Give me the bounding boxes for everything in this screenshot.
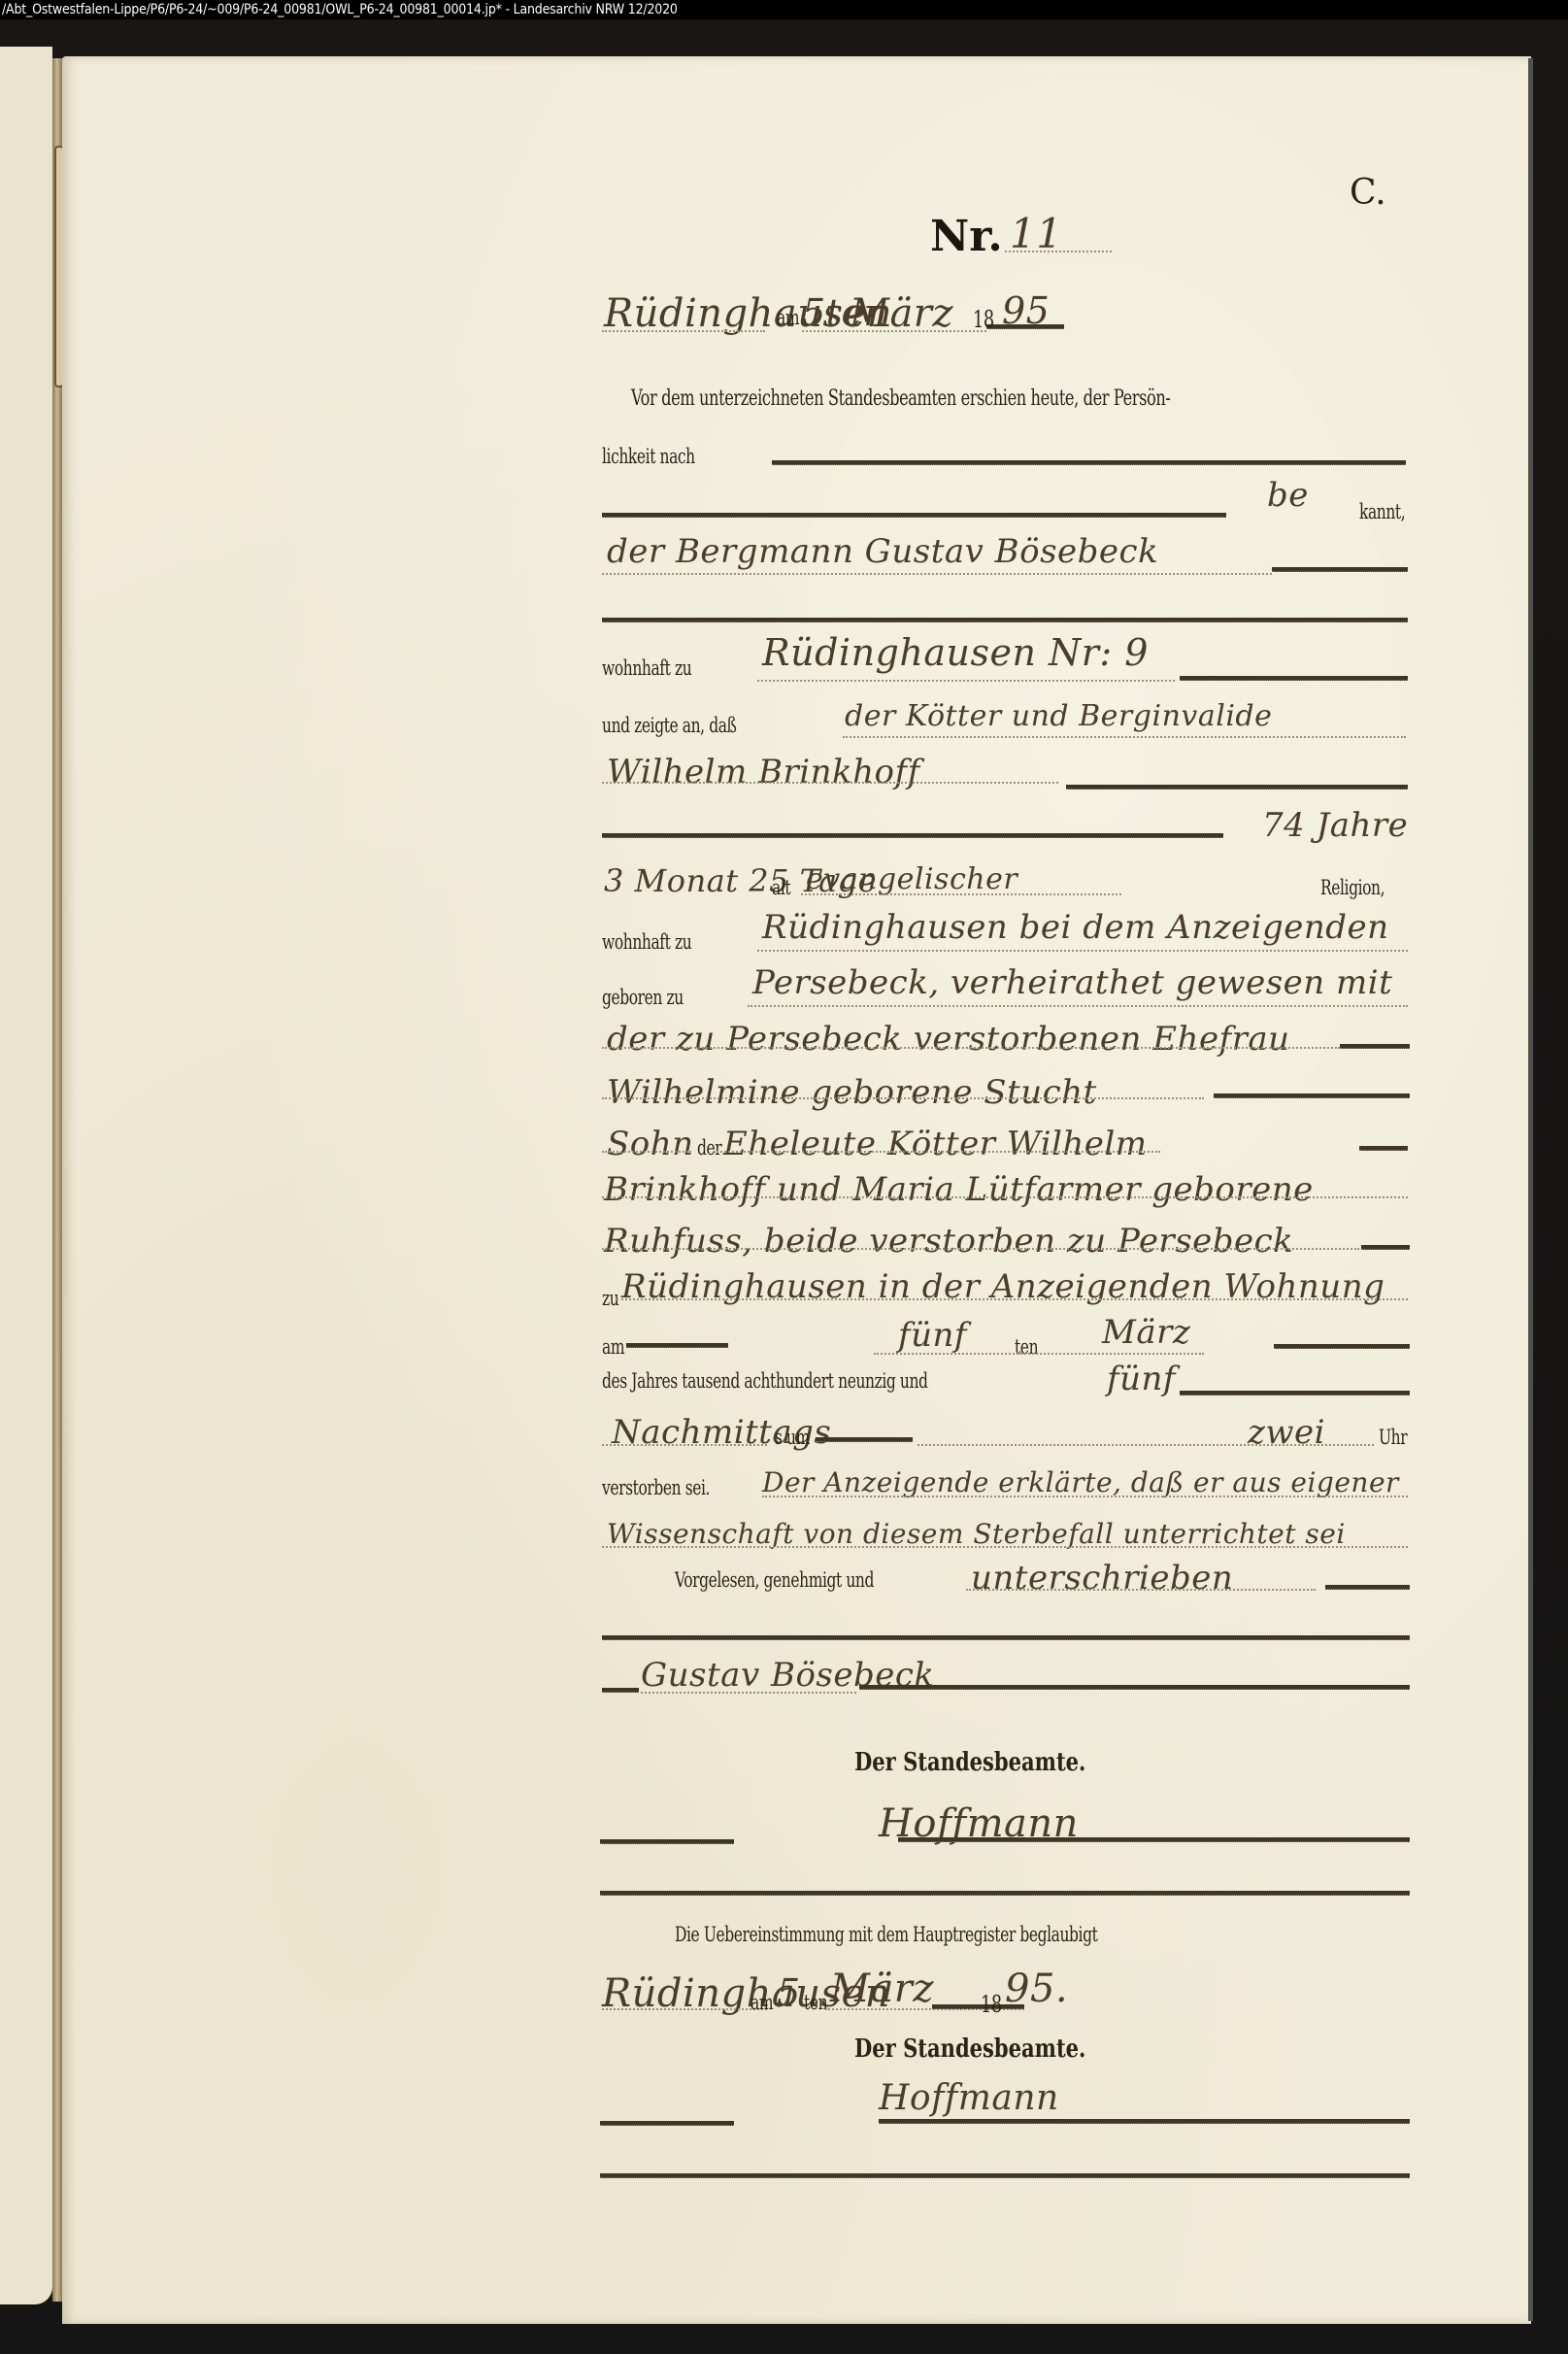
spouse-name: Wilhelmine geborene Stucht [607, 1073, 1097, 1112]
cert-year-suffix: 95. [1005, 1967, 1068, 2011]
cert-place-line [602, 2008, 767, 2010]
residence2-line [757, 950, 1408, 952]
spouse-line: der zu Persebeck verstorbenen Ehefrau [607, 1020, 1290, 1059]
registrar-heading: Der Standesbeamte. [854, 1748, 1085, 1777]
religion-value: evangelischer [806, 862, 1018, 896]
sig-line [641, 1692, 856, 1694]
time-um-label: s um [775, 1426, 810, 1449]
son-line [602, 1151, 691, 1153]
date-day: fünf [898, 1316, 967, 1355]
parents-line1-dots [714, 1151, 1160, 1153]
intro-text-2: lichkeit nach [602, 445, 695, 468]
residence-line [757, 680, 1175, 682]
deceased-rule [1066, 785, 1408, 790]
remark-line1-dots [762, 1496, 1408, 1497]
born-label: geboren zu [602, 986, 684, 1009]
cert-registrar-signature: Hoffmann [879, 2078, 1059, 2118]
deceased-name: Wilhelm Brinkhoff [607, 753, 920, 791]
registrar-rule-right [898, 1837, 1410, 1842]
read-rule [1325, 1585, 1410, 1590]
deceased-line [602, 782, 1058, 784]
header-year-prefix: 18 [973, 306, 994, 333]
declarant-rule [1272, 567, 1408, 572]
sig-rule-left [602, 1688, 639, 1693]
religion-line [801, 893, 1121, 895]
spouse-rule [1340, 1044, 1410, 1049]
age-years: 74 Jahre [1262, 806, 1408, 845]
blank-line-3 [600, 1891, 1410, 1896]
blank-line-1 [602, 618, 1408, 622]
date-am-label: am [602, 1335, 624, 1359]
read-label: Vorgelesen, genehmigt und [675, 1568, 874, 1592]
announce-label: und zeigte an, daß [602, 714, 736, 737]
time-line [917, 1444, 1374, 1446]
residence2-label: wohnhaft zu [602, 930, 691, 954]
died-label: verstorben sei. [602, 1476, 710, 1499]
date-rule [1274, 1344, 1410, 1349]
read-value: unterschrieben [971, 1559, 1233, 1597]
cert-year-prefix: 18 [981, 1991, 1002, 2018]
parents-line2: Brinkhoff und Maria Lütfarmer geborene [604, 1170, 1314, 1209]
born-value: Persebeck, verheirathet gewesen mit [752, 963, 1392, 1002]
parents-line2-dots [602, 1196, 1408, 1198]
declarant-line [602, 573, 1272, 575]
date-am-rule [626, 1343, 728, 1348]
parents-line3-dots [602, 1248, 1359, 1250]
announce-line [843, 736, 1406, 738]
year-rule [1180, 1391, 1410, 1396]
corner-letter: C. [1350, 173, 1386, 213]
remark-line2-dots [602, 1546, 1408, 1548]
personality-line [772, 460, 1406, 465]
parents-line3-rule [1361, 1245, 1410, 1250]
date-line [874, 1353, 1204, 1355]
residence-rule [1180, 676, 1408, 681]
announce-value: der Kötter und Berginvalide [845, 699, 1272, 733]
time-hour: zwei [1248, 1413, 1325, 1452]
residence-value: Rüdinghausen Nr: 9 [762, 631, 1149, 674]
cert-month: März [830, 1967, 934, 2011]
declarant-name: der Bergmann Gustav Bösebeck [607, 532, 1158, 571]
spouse-name-line [602, 1097, 1204, 1099]
year-value: fünf [1107, 1360, 1176, 1398]
place-line [617, 1298, 1408, 1300]
header-am-label: am [777, 306, 799, 329]
son-value: Sohn [607, 1125, 694, 1163]
age-rule [602, 833, 1223, 838]
entry-number-line [1005, 251, 1112, 252]
residence2-value: Rüdinghausen bei dem Anzeigenden [762, 908, 1389, 947]
certification-text: Die Uebereinstimmung mit dem Hauptregist… [675, 1923, 1097, 1946]
parents-line3: Ruhfuss, beide verstorben zu Persebeck [604, 1222, 1293, 1261]
intro-text: Vor dem unterzeichneten Standesbeamten e… [631, 387, 1171, 411]
date-ten-label: ten [1015, 1335, 1038, 1359]
known-suffix: kannt, [1359, 500, 1405, 523]
date-month: März [1102, 1313, 1190, 1352]
cert-registrar-rule-right [879, 2119, 1410, 2124]
age-alt-label: alt [772, 876, 790, 899]
son-of-label: der [697, 1136, 721, 1160]
time-of-day-line [602, 1444, 767, 1446]
year-text: des Jahres tausend achthundert neunzig u… [602, 1369, 928, 1393]
parents-line1-rule [1359, 1146, 1408, 1151]
cert-ten-label: ten [804, 1991, 827, 2014]
cert-registrar-heading: Der Standesbeamte. [854, 2035, 1085, 2064]
sig-rule-right [859, 1685, 1410, 1690]
registrar-rule-left [600, 1839, 734, 1844]
header-year-suffix: 95 [1002, 289, 1050, 332]
time-uhr-label: Uhr [1379, 1426, 1407, 1449]
blank-line-4 [600, 2173, 1410, 2178]
known-line [602, 513, 1226, 518]
remark-line1: Der Anzeigende erklärte, daß er aus eige… [762, 1466, 1399, 1498]
read-line [966, 1589, 1316, 1591]
religion-label: Religion, [1320, 876, 1385, 899]
death-register-form: C. Nr. 11 Rüdinghausen am 5ten März 18 9… [0, 0, 1568, 2354]
parents-line1: Eheleute Kötter Wilhelm [723, 1125, 1148, 1163]
entry-number-label: Nr. [930, 212, 1003, 261]
place-value: Rüdinghausen in der Anzeigenden Wohnung [621, 1267, 1385, 1306]
header-date-line [802, 330, 986, 332]
cert-am-label: am [751, 1991, 773, 2014]
residence-label: wohnhaft zu [602, 656, 691, 680]
known-handwritten: be [1267, 476, 1309, 515]
cert-day: 5 [777, 1971, 801, 2014]
spouse-name-rule [1214, 1093, 1410, 1098]
born-line [748, 1005, 1408, 1007]
cert-registrar-rule-left [600, 2121, 734, 2126]
header-place-line [602, 330, 765, 332]
spouse-dot-line [602, 1047, 1340, 1049]
blank-line-2 [602, 1635, 1410, 1640]
time-um-rule [816, 1437, 913, 1442]
